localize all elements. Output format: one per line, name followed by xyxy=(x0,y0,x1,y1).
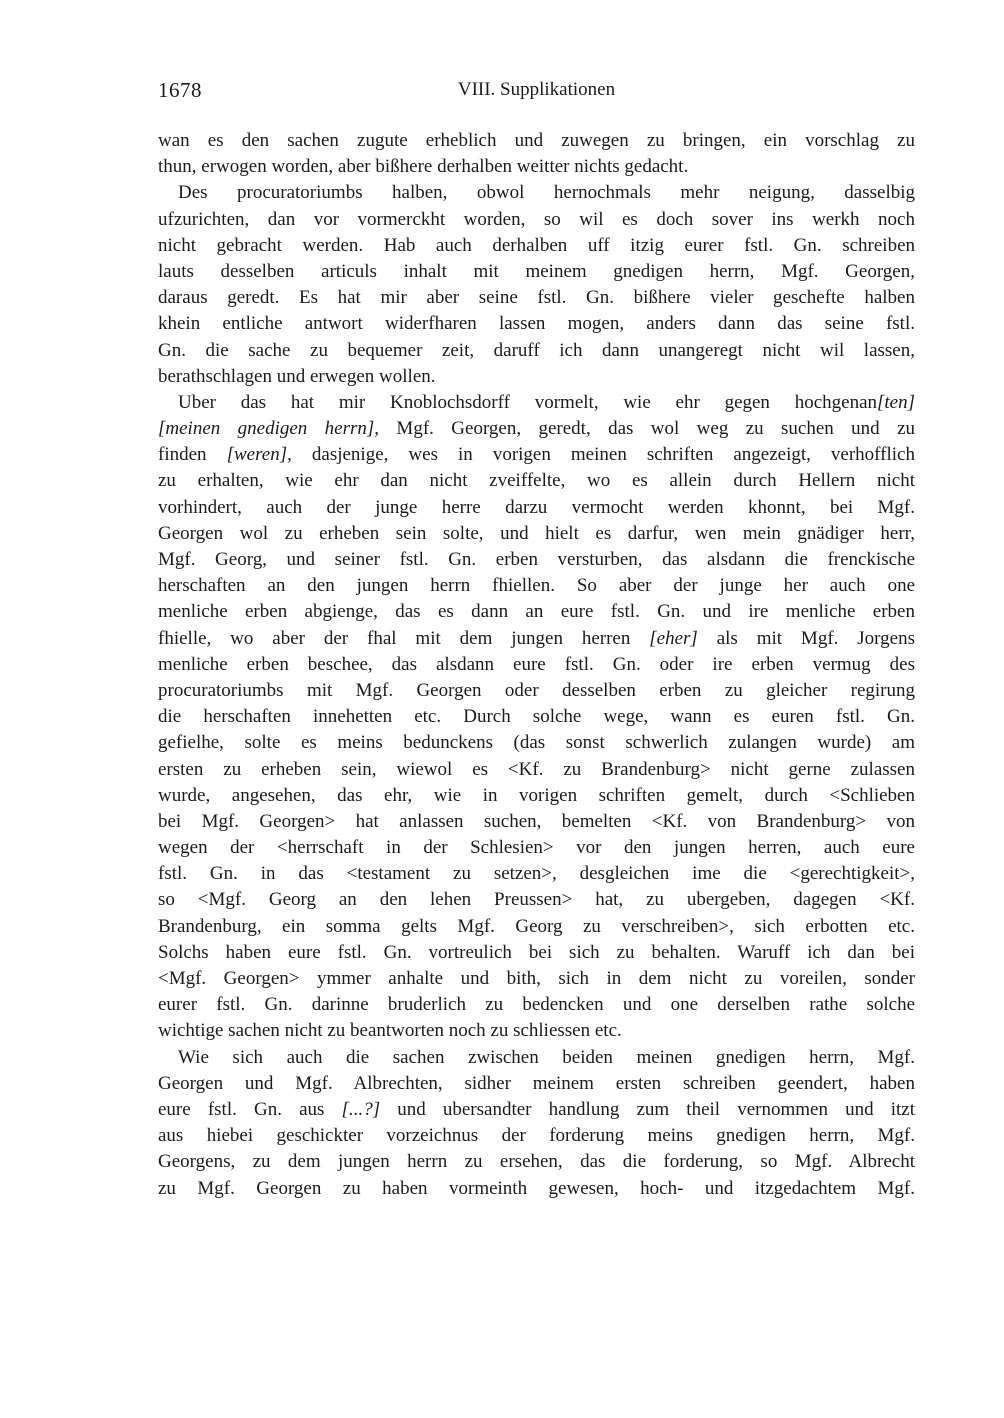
text-segment: eurer fstl. Gn. darinne bruderlich zu be… xyxy=(158,994,915,1015)
text-segment: aus hiebei geschickter vorzeichnus der f… xyxy=(158,1125,915,1146)
text-line: Wie sich auch die sachen zwischen beiden… xyxy=(158,1045,915,1071)
text-segment: zu erhalten, wie ehr dan nicht zveiffelt… xyxy=(158,470,915,491)
text-line: wan es den sachen zugute erheblich und z… xyxy=(158,128,915,154)
text-segment: gefielhe, solte es meins bedunckens (das… xyxy=(158,732,915,753)
text-segment: menliche erben beschee, das alsdann eure… xyxy=(158,654,915,675)
text-segment: Des procuratoriumbs halben, obwol hernoc… xyxy=(178,182,915,203)
text-line: fhielle, wo aber der fhal mit dem jungen… xyxy=(158,626,915,652)
text-line: wurde, angesehen, das ehr, wie in vorige… xyxy=(158,783,915,809)
text-line: Solchs haben eure fstl. Gn. vortreulich … xyxy=(158,940,915,966)
text-line: [meinen gnedigen herrn], Mgf. Georgen, g… xyxy=(158,416,915,442)
text-line: Georgen und Mgf. Albrechten, sidher mein… xyxy=(158,1071,915,1097)
text-segment: Mgf. Georg, und seiner fstl. Gn. erben v… xyxy=(158,549,915,570)
text-segment: fstl. Gn. in das <testament zu setzen>, … xyxy=(158,863,915,884)
text-line: Des procuratoriumbs halben, obwol hernoc… xyxy=(158,180,915,206)
text-line: finden [weren], dasjenige, wes in vorige… xyxy=(158,442,915,468)
text-segment: <Mgf. Georgen> ymmer anhalte und bith, s… xyxy=(158,968,915,989)
text-segment: Georgen und Mgf. Albrechten, sidher mein… xyxy=(158,1073,915,1094)
running-head: VIII. Supplikationen xyxy=(158,78,915,102)
text-line: wegen der <herrschaft in der Schlesien> … xyxy=(158,835,915,861)
text-segment: Gn. die sache zu bequemer zeit, daruff i… xyxy=(158,340,915,361)
text-line: menliche erben beschee, das alsdann eure… xyxy=(158,652,915,678)
text-line: Georgen wol zu erheben sein solte, und h… xyxy=(158,521,915,547)
text-line: nicht gebracht werden. Hab auch derhalbe… xyxy=(158,233,915,259)
text-line: berathschlagen und erwegen wollen. xyxy=(158,364,915,390)
text-segment: Uber das hat mir Knoblochsdorff vormelt,… xyxy=(178,392,877,413)
text-line: ersten zu erheben sein, wiewol es <Kf. z… xyxy=(158,757,915,783)
text-segment: ufzurichten, dan vor vormerckht worden, … xyxy=(158,209,915,230)
text-segment: khein entliche antwort widerfharen lasse… xyxy=(158,313,915,334)
text-segment: Brandenburg, ein somma gelts Mgf. Georg … xyxy=(158,916,915,937)
text-segment: wichtige sachen nicht zu beantworten noc… xyxy=(158,1020,622,1041)
text-segment: vorhindert, auch der junge herre darzu v… xyxy=(158,497,915,518)
text-segment: procuratoriumbs mit Mgf. Georgen oder de… xyxy=(158,680,915,701)
text-segment: herschaften an den jungen herrn fhiellen… xyxy=(158,575,915,596)
text-segment: und ubersandter handlung zum theil verno… xyxy=(380,1099,915,1120)
page-body: wan es den sachen zugute erheblich und z… xyxy=(158,128,915,1202)
text-line: zu erhalten, wie ehr dan nicht zveiffelt… xyxy=(158,468,915,494)
text-segment: berathschlagen und erwegen wollen. xyxy=(158,366,436,387)
text-line: procuratoriumbs mit Mgf. Georgen oder de… xyxy=(158,678,915,704)
text-segment: zu Mgf. Georgen zu haben vormeinth gewes… xyxy=(158,1178,915,1199)
text-line: Brandenburg, ein somma gelts Mgf. Georg … xyxy=(158,914,915,940)
text-line: Georgens, zu dem jungen herrn zu ersehen… xyxy=(158,1149,915,1175)
text-segment: nicht gebracht werden. Hab auch derhalbe… xyxy=(158,235,915,256)
text-segment: Georgens, zu dem jungen herrn zu ersehen… xyxy=(158,1151,915,1172)
text-line: daraus geredt. Es hat mir aber seine fst… xyxy=(158,285,915,311)
text-line: aus hiebei geschickter vorzeichnus der f… xyxy=(158,1123,915,1149)
text-line: eure fstl. Gn. aus [...?] und ubersandte… xyxy=(158,1097,915,1123)
text-line: bei Mgf. Georgen> hat anlassen suchen, b… xyxy=(158,809,915,835)
text-line: Uber das hat mir Knoblochsdorff vormelt,… xyxy=(158,390,915,416)
text-segment: thun, erwogen worden, aber bißhere derha… xyxy=(158,156,688,177)
book-page: 1678 VIII. Supplikationen wan es den sac… xyxy=(0,0,1004,1418)
text-segment: die herschaften innehetten etc. Durch so… xyxy=(158,706,915,727)
italic-text-segment: [ten] xyxy=(877,392,915,413)
text-segment: wegen der <herrschaft in der Schlesien> … xyxy=(158,837,915,858)
text-segment: als mit Mgf. Jorgens xyxy=(698,628,915,649)
text-segment: Solchs haben eure fstl. Gn. vortreulich … xyxy=(158,942,915,963)
text-segment: , Mgf. Georgen, geredt, das wol weg zu s… xyxy=(374,418,915,439)
text-line: menliche erben abgienge, das es dann an … xyxy=(158,599,915,625)
text-line: die herschaften innehetten etc. Durch so… xyxy=(158,704,915,730)
text-line: vorhindert, auch der junge herre darzu v… xyxy=(158,495,915,521)
page-header: 1678 VIII. Supplikationen xyxy=(158,78,915,104)
text-line: thun, erwogen worden, aber bißhere derha… xyxy=(158,154,915,180)
text-segment: eure fstl. Gn. aus xyxy=(158,1099,342,1120)
text-segment: , dasjenige, wes in vorigen meinen schri… xyxy=(287,444,915,465)
text-segment: finden xyxy=(158,444,227,465)
text-line: zu Mgf. Georgen zu haben vormeinth gewes… xyxy=(158,1176,915,1202)
text-segment: wan es den sachen zugute erheblich und z… xyxy=(158,130,915,151)
text-segment: Georgen wol zu erheben sein solte, und h… xyxy=(158,523,915,544)
italic-text-segment: [eher] xyxy=(649,628,698,649)
text-line: Mgf. Georg, und seiner fstl. Gn. erben v… xyxy=(158,547,915,573)
text-segment: ersten zu erheben sein, wiewol es <Kf. z… xyxy=(158,759,915,780)
text-line: lauts desselben articuls inhalt mit mein… xyxy=(158,259,915,285)
text-line: Gn. die sache zu bequemer zeit, daruff i… xyxy=(158,338,915,364)
text-line: fstl. Gn. in das <testament zu setzen>, … xyxy=(158,861,915,887)
text-segment: menliche erben abgienge, das es dann an … xyxy=(158,601,915,622)
text-segment: fhielle, wo aber der fhal mit dem jungen… xyxy=(158,628,649,649)
text-line: wichtige sachen nicht zu beantworten noc… xyxy=(158,1018,915,1044)
text-segment: so <Mgf. Georg an den lehen Preussen> ha… xyxy=(158,889,915,910)
text-line: <Mgf. Georgen> ymmer anhalte und bith, s… xyxy=(158,966,915,992)
text-line: gefielhe, solte es meins bedunckens (das… xyxy=(158,730,915,756)
text-line: herschaften an den jungen herrn fhiellen… xyxy=(158,573,915,599)
italic-text-segment: [...?] xyxy=(342,1099,381,1120)
text-segment: daraus geredt. Es hat mir aber seine fst… xyxy=(158,287,915,308)
italic-text-segment: [weren] xyxy=(227,444,288,465)
text-segment: lauts desselben articuls inhalt mit mein… xyxy=(158,261,915,282)
text-line: so <Mgf. Georg an den lehen Preussen> ha… xyxy=(158,887,915,913)
text-segment: wurde, angesehen, das ehr, wie in vorige… xyxy=(158,785,915,806)
text-line: khein entliche antwort widerfharen lasse… xyxy=(158,311,915,337)
text-line: eurer fstl. Gn. darinne bruderlich zu be… xyxy=(158,992,915,1018)
text-segment: Wie sich auch die sachen zwischen beiden… xyxy=(178,1047,915,1068)
italic-text-segment: [meinen gnedigen herrn] xyxy=(158,418,374,439)
page-number: 1678 xyxy=(158,78,202,102)
text-line: ufzurichten, dan vor vormerckht worden, … xyxy=(158,207,915,233)
text-segment: bei Mgf. Georgen> hat anlassen suchen, b… xyxy=(158,811,915,832)
